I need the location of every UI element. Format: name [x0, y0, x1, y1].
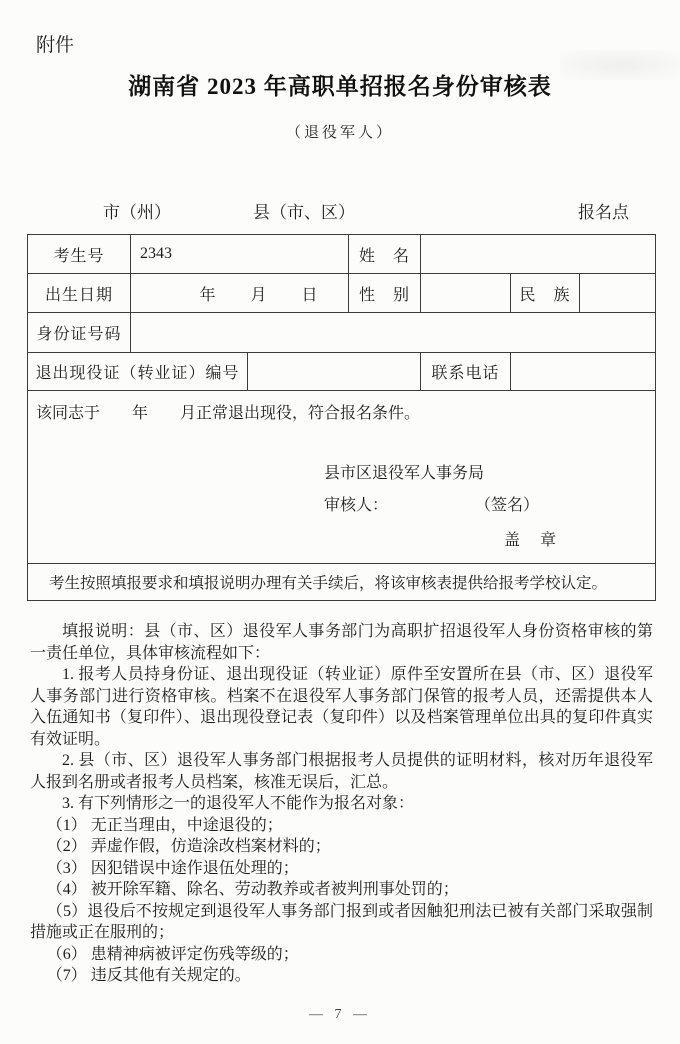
birth-label: 出生日期 [28, 274, 131, 313]
exam-no-label: 考生号 [28, 235, 131, 274]
statement-text: 该同志于 年 月正常退出现役，符合报名条件。 [28, 391, 655, 423]
instruction-subitem-2: （2） 弄虚作假，仿造涂改档案材料的； [30, 836, 653, 858]
ethnic-label: 民 族 [511, 274, 580, 313]
gender-label: 性 别 [349, 274, 421, 313]
table-row-birth: 出生日期 年 月 日 性 别 民 族 [28, 274, 656, 313]
birth-value: 年 月 日 [131, 274, 349, 313]
seal-label: 盖 章 [324, 530, 558, 552]
id-number-value [131, 313, 656, 353]
ethnic-value [580, 274, 656, 313]
instructions-section: 填报说明：县（市、区）退役军人事务部门为高职扩招退役军人身份资格审核的第一责任单… [30, 621, 653, 987]
instruction-item-3: 3. 有下列情形之一的退役军人不能作为报名对象： [30, 793, 653, 815]
reviewer-line: 审核人： （签名） [324, 495, 558, 517]
bureau-name: 县市区退役军人事务局 [324, 463, 558, 485]
discharge-cert-label: 退出现役证（转业证）编号 [28, 353, 248, 391]
signature-hint: （签名） [475, 497, 539, 514]
id-number-label: 身份证号码 [28, 313, 131, 353]
instruction-item-2: 2. 县（市、区）退役军人事务部门根据报考人员提供的证明材料，核对历年退役军人报… [30, 750, 653, 793]
exam-no-value: 2343 [131, 235, 349, 274]
phone-value [511, 353, 656, 391]
instruction-subitem-4: （4） 被开除军籍、除名、劳动教养或者被判刑事处罚的； [30, 879, 653, 901]
table-row-review-statement: 该同志于 年 月正常退出现役，符合报名条件。 县市区退役军人事务局 审核人： （… [28, 391, 656, 564]
phone-label: 联系电话 [421, 353, 511, 391]
table-row-exam-no: 考生号 2343 姓 名 [28, 235, 656, 274]
instructions-intro: 填报说明：县（市、区）退役军人事务部门为高职扩招退役军人身份资格审核的第一责任单… [30, 621, 653, 664]
instruction-subitem-3: （3） 因犯错误中途作退伍处理的； [30, 858, 653, 880]
name-label: 姓 名 [349, 235, 421, 274]
page-number: — 7 — [0, 1007, 680, 1023]
page-title: 湖南省 2023 年高职单招报名身份审核表 [0, 68, 680, 101]
note-text: 考生按照填报要求和填报说明办理有关手续后，将该审核表提供给报考学校认定。 [28, 564, 656, 601]
location-line: 市（州） 县（市、区） 报名点 [0, 198, 680, 222]
instruction-subitem-6: （6） 患精神病被评定伤残等级的； [30, 944, 653, 966]
city-label: 市（州） [103, 198, 171, 223]
site-label: 报名点 [578, 198, 629, 223]
instruction-item-1: 1. 报考人员持身份证、退出现役证（转业证）原件至安置所在县（市、区）退役军人事… [30, 664, 653, 750]
instruction-subitem-7: （7） 违反其他有关规定的。 [30, 965, 653, 987]
name-value [421, 235, 656, 274]
reviewer-label: 审核人： [324, 497, 388, 514]
table-row-id-number: 身份证号码 [28, 313, 656, 353]
attachment-label: 附件 [36, 30, 74, 57]
county-label: 县（市、区） [253, 198, 355, 223]
discharge-cert-value [248, 353, 421, 391]
table-row-discharge-cert: 退出现役证（转业证）编号 联系电话 [28, 353, 656, 391]
instruction-subitem-1: （1） 无正当理由，中途退役的； [30, 815, 653, 837]
gender-value [421, 274, 511, 313]
instruction-subitem-5: （5）退役后不按规定到退役军人事务部门报到或者因触犯刑法已被有关部门采取强制措施… [30, 901, 653, 944]
page-subtitle: （退役军人） [0, 121, 680, 142]
signature-block: 县市区退役军人事务局 审核人： （签名） 盖 章 [324, 463, 558, 552]
table-row-note: 考生按照填报要求和填报说明办理有关手续后，将该审核表提供给报考学校认定。 [28, 564, 656, 601]
review-form-table: 考生号 2343 姓 名 出生日期 年 月 日 性 别 民 族 身份证号码 退出… [27, 234, 656, 601]
